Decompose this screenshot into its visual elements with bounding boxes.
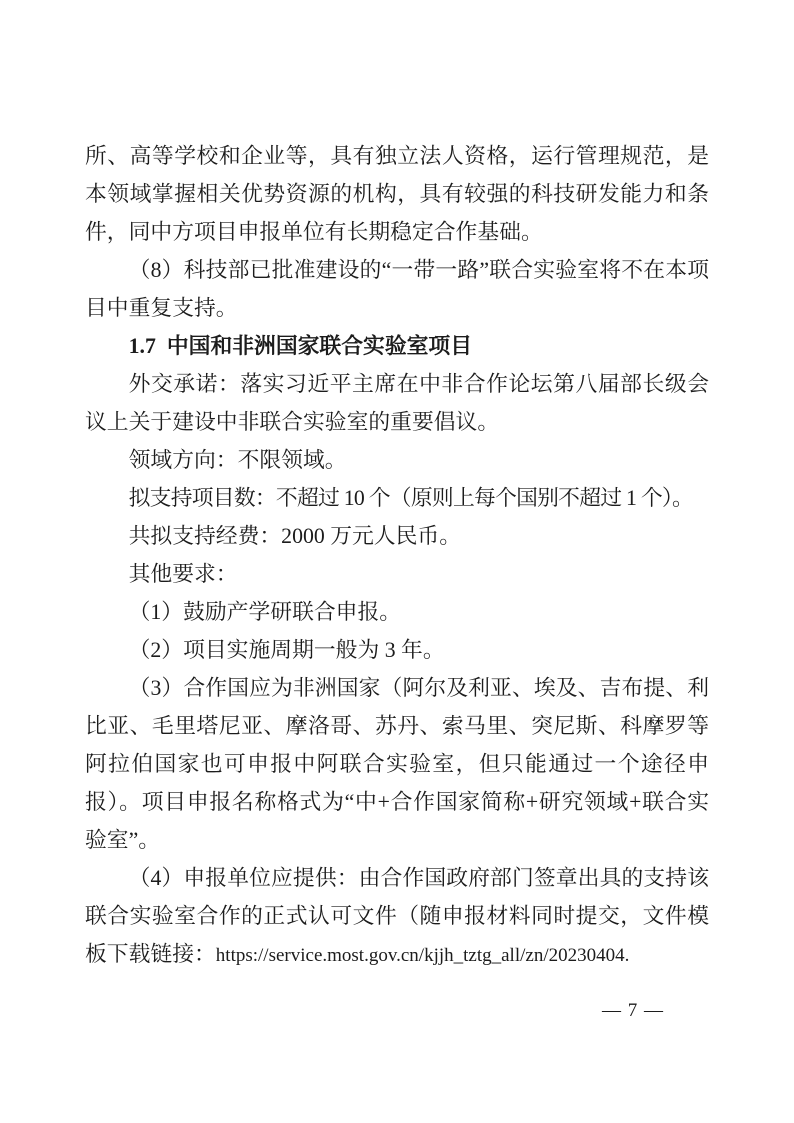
- paragraph-total-funding: 共拟支持经费：2000 万元人民币。: [85, 517, 709, 555]
- paragraph-requirement-2: （2）项目实施周期一般为 3 年。: [85, 631, 709, 669]
- document-viewport: { "document": { "heading": { "number": "…: [0, 0, 794, 1123]
- section-title: 中国和非洲国家联合实验室项目: [167, 334, 472, 358]
- paragraph-item-8: （8）科技部已批准建设的“一带一路”联合实验室将不在本项目中重复支持。: [85, 251, 709, 327]
- section-heading: 1.7中国和非洲国家联合实验室项目: [85, 327, 709, 365]
- paragraph-diplomatic-commitment: 外交承诺：落实习近平主席在中非合作论坛第八届部长级会议上关于建设中非联合实验室的…: [85, 365, 709, 441]
- paragraph-field-direction: 领域方向：不限领域。: [85, 441, 709, 479]
- paragraph-continuation: 所、高等学校和企业等，具有独立法人资格，运行管理规范，是本领域掌握相关优势资源的…: [85, 137, 709, 251]
- paragraph-project-count: 拟支持项目数：不超过 10 个（原则上每个国别不超过 1 个）。: [85, 479, 709, 517]
- text-block: 所、高等学校和企业等，具有独立法人资格，运行管理规范，是本领域掌握相关优势资源的…: [85, 137, 709, 975]
- document-page: 所、高等学校和企业等，具有独立法人资格，运行管理规范，是本领域掌握相关优势资源的…: [0, 0, 794, 1123]
- template-download-url: https://service.most.gov.cn/kjjh_tztg_al…: [216, 945, 630, 966]
- paragraph-requirement-1: （1）鼓励产学研联合申报。: [85, 593, 709, 631]
- page-number: — 7 —: [602, 996, 664, 1026]
- paragraph-requirement-4: （4）申报单位应提供：由合作国政府部门签章出具的支持该联合实验室合作的正式认可文…: [85, 859, 709, 975]
- paragraph-other-requirements: 其他要求：: [85, 555, 709, 593]
- section-number: 1.7: [129, 334, 156, 358]
- paragraph-requirement-3: （3）合作国应为非洲国家（阿尔及利亚、埃及、吉布提、利比亚、毛里塔尼亚、摩洛哥、…: [85, 669, 709, 859]
